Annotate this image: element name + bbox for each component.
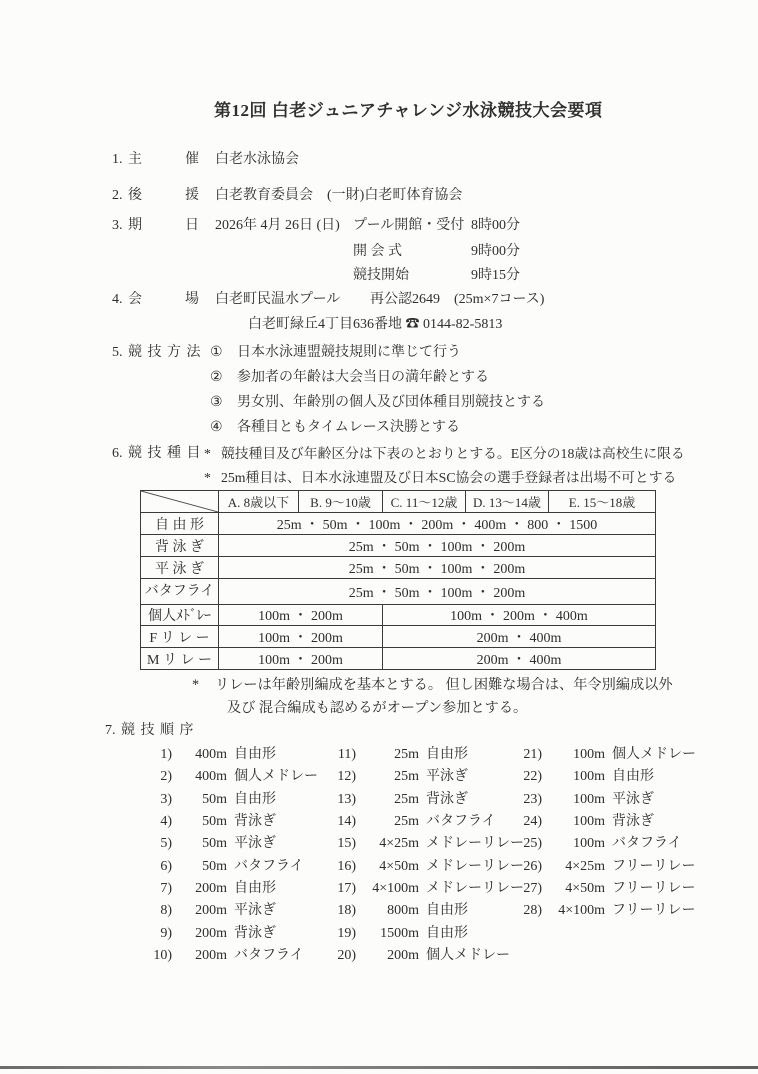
event-distance: 1500m — [363, 923, 419, 945]
event-number: 25) — [508, 833, 542, 855]
section-value: 白老教育委員会 (一財)白老町体育協会 — [215, 188, 462, 203]
stroke-label: 平 泳 ぎ — [141, 557, 219, 579]
event-item: 20)200m個人メドレー — [322, 945, 524, 967]
section-label-tail: 援 — [185, 184, 215, 204]
event-distance: 25m — [363, 766, 419, 788]
event-number: 12) — [322, 766, 356, 788]
diagonal-line-icon — [141, 491, 218, 512]
event-distance: 50m — [179, 856, 227, 878]
event-item: 5)50m平泳ぎ — [140, 833, 318, 855]
section-label: 主 — [128, 148, 185, 168]
event-number: 24) — [508, 811, 542, 833]
event-item: 19)1500m自由形 — [322, 923, 524, 945]
section-number: 5. — [112, 345, 128, 361]
event-item: 8)200m平泳ぎ — [140, 900, 318, 922]
diagonal-corner-cell — [141, 491, 219, 513]
footnote-text: リレーは年齢別編成を基本とする。 但し困難な場合は、年令別編成以外 — [215, 677, 673, 693]
event-distance: 4×50m — [549, 878, 605, 900]
event-date: 2026年 4月 26日 (日) — [215, 218, 340, 233]
events-note: *25m種目は、日本水泳連盟及び日本SC協会の選手登録者は出場不可とする — [204, 466, 676, 486]
event-name: 背泳ぎ — [426, 789, 468, 811]
event-number: 23) — [508, 789, 542, 811]
section-label: 会 — [128, 288, 185, 308]
section-label-tail: 場 — [185, 288, 215, 308]
age-group-event-table: A. 8歳以下 B. 9〜10歳 C. 11〜12歳 D. 13〜14歳 E. … — [140, 490, 656, 670]
table-row-freestyle: 自 由 形 25m ・ 50m ・ 100m ・ 200m ・ 400m ・ 8… — [141, 513, 656, 535]
event-distance: 100m — [549, 789, 605, 811]
section-label: 競 技 順 序 — [121, 719, 195, 739]
section-number: 2. — [112, 188, 128, 204]
section-number: 7. — [105, 723, 121, 739]
venue-name: 白老町民温水プール — [215, 292, 340, 307]
event-name: 平泳ぎ — [234, 833, 276, 855]
distances-cell: 25m ・ 50m ・ 100m ・ 200m — [219, 557, 656, 579]
event-item: 26)4×25mフリーリレー — [508, 856, 696, 878]
venue-certification: 再公認2649 (25m×7コース) — [370, 288, 544, 308]
distances-cell: 25m ・ 50m ・ 100m ・ 200m ・ 400m ・ 800 ・ 1… — [219, 513, 656, 535]
event-number: 18) — [322, 900, 356, 922]
event-distance: 4×25m — [363, 833, 419, 855]
event-number: 15) — [322, 833, 356, 855]
distances-cell-young: 100m ・ 200m — [219, 626, 383, 648]
event-item: 7)200m自由形 — [140, 878, 318, 900]
table-row-butterfly: バタフライ 25m ・ 50m ・ 100m ・ 200m — [141, 579, 656, 605]
event-distance: 25m — [363, 789, 419, 811]
event-name: 自由形 — [426, 900, 468, 922]
event-distance: 200m — [179, 878, 227, 900]
event-number: 20) — [322, 945, 356, 967]
stroke-label: 自 由 形 — [141, 513, 219, 535]
schedule-label: 開 会 式 — [353, 240, 471, 260]
distances-cell: 25m ・ 50m ・ 100m ・ 200m — [219, 535, 656, 557]
event-name: フリーリレー — [612, 878, 695, 900]
circled-number-icon: ② — [210, 369, 237, 386]
event-name: 個人メドレー — [234, 766, 318, 788]
stroke-label: バタフライ — [141, 579, 219, 605]
event-number: 16) — [322, 856, 356, 878]
event-item: 23)100m平泳ぎ — [508, 789, 696, 811]
schedule-time: 8時00分 — [471, 218, 520, 233]
event-number: 8) — [140, 900, 172, 922]
asterisk-icon: * — [204, 470, 221, 486]
method-text: 各種目ともタイムレース決勝とする — [237, 420, 460, 435]
event-item: 18)800m自由形 — [322, 900, 524, 922]
circled-number-icon: ④ — [210, 419, 237, 436]
section-label: 競 技 種 目 — [128, 442, 202, 462]
event-distance: 100m — [549, 766, 605, 788]
event-number: 13) — [322, 789, 356, 811]
event-item: 21)100m個人メドレー — [508, 744, 696, 766]
section-support: 2.後援白老教育委員会 (一財)白老町体育協会 — [112, 184, 462, 204]
distances-cell-older: 200m ・ 400m — [383, 626, 656, 648]
event-number: 2) — [140, 766, 172, 788]
note-text: 25m種目は、日本水泳連盟及び日本SC協会の選手登録者は出場不可とする — [221, 470, 676, 485]
schedule-row: 競技開始9時15分 — [353, 264, 520, 284]
event-distance: 25m — [363, 744, 419, 766]
event-item: 11)25m自由形 — [322, 744, 524, 766]
event-name: 自由形 — [234, 744, 276, 766]
event-name: 自由形 — [234, 878, 276, 900]
distances-cell-young: 100m ・ 200m — [219, 648, 383, 670]
note-text: 競技種目及び年齢区分は下表のとおりとする。E区分の18歳は高校生に限る — [221, 446, 685, 461]
distances-cell: 25m ・ 50m ・ 100m ・ 200m — [219, 579, 656, 605]
age-header-c: C. 11〜12歳 — [383, 491, 466, 513]
schedule-label: プール開館・受付 — [353, 214, 471, 234]
event-name: バタフライ — [234, 945, 304, 967]
method-text: 参加者の年齢は大会当日の満年齢とする — [237, 370, 489, 385]
method-item: ②参加者の年齢は大会当日の満年齢とする — [210, 366, 489, 386]
age-header-a: A. 8歳以下 — [219, 491, 299, 513]
age-header-d: D. 13〜14歳 — [466, 491, 549, 513]
footnote-text: 及び 混合編成も認めるがオープン参加とする。 — [227, 700, 527, 716]
event-item: 6)50mバタフライ — [140, 856, 318, 878]
event-item: 17)4×100mメドレーリレー — [322, 878, 524, 900]
section-label: 後 — [128, 184, 185, 204]
section-value: 白老水泳協会 — [215, 152, 299, 167]
event-distance: 200m — [179, 900, 227, 922]
event-name: フリーリレー — [612, 900, 695, 922]
event-number: 28) — [508, 900, 542, 922]
stroke-label: M リ レ ー — [141, 648, 219, 670]
event-number: 27) — [508, 878, 542, 900]
event-distance: 4×50m — [363, 856, 419, 878]
section-number: 3. — [112, 218, 128, 234]
circled-number-icon: ③ — [210, 394, 237, 411]
event-distance: 50m — [179, 833, 227, 855]
event-name: 個人メドレー — [426, 945, 510, 967]
event-distance: 4×25m — [549, 856, 605, 878]
table-row-backstroke: 背 泳 ぎ 25m ・ 50m ・ 100m ・ 200m — [141, 535, 656, 557]
event-name: 個人メドレー — [612, 744, 696, 766]
event-item: 1)400m自由形 — [140, 744, 318, 766]
schedule-label: 競技開始 — [353, 264, 471, 284]
event-number: 1) — [140, 744, 172, 766]
table-footnote-line1: *リレーは年齢別編成を基本とする。 但し困難な場合は、年令別編成以外 — [192, 674, 673, 694]
section-number: 6. — [112, 446, 128, 462]
event-distance: 400m — [179, 744, 227, 766]
schedule-row: プール開館・受付8時00分 — [353, 214, 520, 234]
event-number: 5) — [140, 833, 172, 855]
event-item: 27)4×50mフリーリレー — [508, 878, 696, 900]
stroke-label: 背 泳 ぎ — [141, 535, 219, 557]
event-order-column-2: 11)25m自由形 12)25m平泳ぎ 13)25m背泳ぎ 14)25mバタフラ… — [322, 744, 524, 967]
table-row-individual-medley: 個人ﾒﾄﾞﾚｰ 100m ・ 200m 100m ・ 200m ・ 400m — [141, 605, 656, 626]
distances-cell-older: 100m ・ 200m ・ 400m — [383, 605, 656, 626]
event-item: 22)100m自由形 — [508, 766, 696, 788]
events-note: *競技種目及び年齢区分は下表のとおりとする。E区分の18歳は高校生に限る — [204, 442, 685, 462]
distances-cell-young: 100m ・ 200m — [219, 605, 383, 626]
age-header-e: E. 15〜18歳 — [549, 491, 656, 513]
table-header-row: A. 8歳以下 B. 9〜10歳 C. 11〜12歳 D. 13〜14歳 E. … — [141, 491, 656, 513]
table-row-breaststroke: 平 泳 ぎ 25m ・ 50m ・ 100m ・ 200m — [141, 557, 656, 579]
event-name: 背泳ぎ — [234, 811, 276, 833]
scanned-document-page: 第12回 白老ジュニアチャレンジ水泳競技大会要項 1.主催白老水泳協会 2.後援… — [0, 0, 758, 1074]
section-label: 競 技 方 法 — [128, 341, 202, 361]
section-venue: 4.会場白老町民温水プール — [112, 288, 340, 308]
event-item: 13)25m背泳ぎ — [322, 789, 524, 811]
event-name: バタフライ — [426, 811, 496, 833]
event-item: 9)200m背泳ぎ — [140, 923, 318, 945]
event-number: 4) — [140, 811, 172, 833]
event-name: 背泳ぎ — [612, 811, 654, 833]
table-row-medley-relay: M リ レ ー 100m ・ 200m 200m ・ 400m — [141, 648, 656, 670]
event-order-column-1: 1)400m自由形 2)400m個人メドレー 3)50m自由形 4)50m背泳ぎ… — [140, 744, 318, 967]
event-distance: 100m — [549, 744, 605, 766]
event-name: 平泳ぎ — [234, 900, 276, 922]
event-name: 自由形 — [612, 766, 654, 788]
section-date: 3.期日2026年 4月 26日 (日) — [112, 214, 340, 234]
event-item: 4)50m背泳ぎ — [140, 811, 318, 833]
method-item: ④各種目ともタイムレース決勝とする — [210, 416, 460, 436]
event-distance: 100m — [549, 811, 605, 833]
schedule-row: 開 会 式9時00分 — [353, 240, 520, 260]
event-number: 3) — [140, 789, 172, 811]
event-item: 16)4×50mメドレーリレー — [322, 856, 524, 878]
event-distance: 200m — [179, 945, 227, 967]
event-distance: 50m — [179, 811, 227, 833]
section-host: 1.主催白老水泳協会 — [112, 148, 299, 168]
event-item: 25)100mバタフライ — [508, 833, 696, 855]
circled-number-icon: ① — [210, 344, 237, 361]
scan-edge-artifact — [0, 1066, 758, 1069]
event-item: 10)200mバタフライ — [140, 945, 318, 967]
event-number: 6) — [140, 856, 172, 878]
event-name: フリーリレー — [612, 856, 695, 878]
event-name: バタフライ — [612, 833, 682, 855]
event-name: 自由形 — [234, 789, 276, 811]
event-distance: 800m — [363, 900, 419, 922]
event-name: バタフライ — [234, 856, 304, 878]
event-distance: 200m — [179, 923, 227, 945]
table-row-free-relay: F リ レ ー 100m ・ 200m 200m ・ 400m — [141, 626, 656, 648]
event-number: 11) — [322, 744, 356, 766]
method-text: 日本水泳連盟競技規則に準じて行う — [237, 345, 461, 360]
method-item: ①日本水泳連盟競技規則に準じて行う — [210, 341, 461, 361]
event-distance: 50m — [179, 789, 227, 811]
event-distance: 25m — [363, 811, 419, 833]
event-name: 自由形 — [426, 744, 468, 766]
event-item: 2)400m個人メドレー — [140, 766, 318, 788]
schedule-time: 9時15分 — [471, 268, 520, 283]
section-order: 7.競 技 順 序 — [105, 719, 195, 739]
venue-address: 白老町緑丘4丁目636番地 ☎ 0144-82-5813 — [248, 313, 502, 333]
event-distance: 100m — [549, 833, 605, 855]
age-header-b: B. 9〜10歳 — [299, 491, 383, 513]
event-number: 22) — [508, 766, 542, 788]
event-item: 12)25m平泳ぎ — [322, 766, 524, 788]
asterisk-icon: * — [204, 446, 221, 462]
method-item: ③男女別、年齢別の個人及び団体種目別競技とする — [210, 391, 545, 411]
distances-cell-older: 200m ・ 400m — [383, 648, 656, 670]
section-label-tail: 日 — [185, 214, 215, 234]
event-distance: 4×100m — [363, 878, 419, 900]
event-name: 平泳ぎ — [612, 789, 654, 811]
event-number: 9) — [140, 923, 172, 945]
event-item: 15)4×25mメドレーリレー — [322, 833, 524, 855]
event-number: 7) — [140, 878, 172, 900]
event-order-column-3: 21)100m個人メドレー 22)100m自由形 23)100m平泳ぎ 24)1… — [508, 744, 696, 923]
table-footnote-line2: 及び 混合編成も認めるがオープン参加とする。 — [227, 697, 527, 717]
section-label: 期 — [128, 214, 185, 234]
section-events: 6.競 技 種 目 — [112, 442, 202, 462]
stroke-label: 個人ﾒﾄﾞﾚｰ — [141, 605, 219, 626]
event-number: 19) — [322, 923, 356, 945]
event-number: 14) — [322, 811, 356, 833]
event-item: 28)4×100mフリーリレー — [508, 900, 696, 922]
asterisk-icon: * — [192, 677, 215, 694]
section-label-tail: 催 — [185, 148, 215, 168]
section-number: 4. — [112, 292, 128, 308]
event-number: 17) — [322, 878, 356, 900]
section-method: 5.競 技 方 法 — [112, 341, 202, 361]
event-number: 10) — [140, 945, 172, 967]
method-text: 男女別、年齢別の個人及び団体種目別競技とする — [237, 395, 545, 410]
event-item: 24)100m背泳ぎ — [508, 811, 696, 833]
event-number: 21) — [508, 744, 542, 766]
event-distance: 4×100m — [549, 900, 605, 922]
schedule-time: 9時00分 — [471, 244, 520, 259]
event-distance: 200m — [363, 945, 419, 967]
event-name: 平泳ぎ — [426, 766, 468, 788]
event-name: 背泳ぎ — [234, 923, 276, 945]
event-item: 3)50m自由形 — [140, 789, 318, 811]
event-number: 26) — [508, 856, 542, 878]
event-item: 14)25mバタフライ — [322, 811, 524, 833]
page-title: 第12回 白老ジュニアチャレンジ水泳競技大会要項 — [214, 96, 603, 121]
event-name: 自由形 — [426, 923, 468, 945]
stroke-label: F リ レ ー — [141, 626, 219, 648]
section-number: 1. — [112, 152, 128, 168]
event-distance: 400m — [179, 766, 227, 788]
